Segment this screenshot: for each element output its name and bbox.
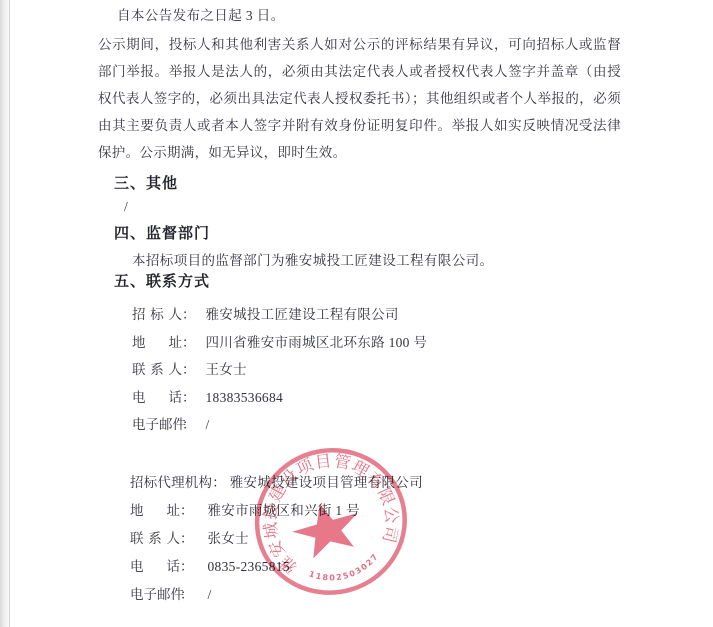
section-heading-supervision: 四、监督部门 [114, 222, 210, 243]
contact-value: 四川省雅安市雨城区北环东路 100 号 [196, 329, 428, 357]
contact-label: 联系人 [130, 525, 180, 553]
contact-row-tenderer: 招标人：雅安城投工匠建设工程有限公司 [132, 301, 427, 329]
contact-row-agency: 招标代理机构：雅安城投建设项目管理有限公司 [130, 469, 423, 497]
label-colon: ： [182, 411, 196, 439]
label-colon: ： [182, 356, 196, 384]
contact-value: / [196, 411, 210, 439]
notice-paragraph: 公示期间，投标人和其他利害关系人如对公示的评标结果有异议，可向招标人或监督部门举… [98, 31, 621, 166]
agency-contact-block: 招标代理机构：雅安城投建设项目管理有限公司 地址：雅安市雨城区和兴街 1 号 联… [130, 469, 423, 609]
scanned-announcement-page: 自本公告发布之日起 3 日。 公示期间，投标人和其他利害关系人如对公示的评标结果… [0, 0, 713, 627]
label-colon: ： [180, 497, 194, 525]
label-colon: ： [180, 581, 194, 609]
contact-value: 张女士 [194, 525, 249, 553]
contact-label: 电子邮件 [130, 581, 180, 609]
contact-label: 招标人 [132, 301, 182, 329]
contact-value: 0835-2365815 [194, 553, 290, 581]
contact-label: 地址 [130, 497, 180, 525]
contact-value: 雅安城投建设项目管理有限公司 [226, 469, 423, 497]
contact-label: 地址 [132, 329, 182, 357]
contact-row-person: 联系人：王女士 [132, 356, 427, 384]
contact-value: 18383536684 [196, 384, 284, 412]
section-heading-other: 三、其他 [114, 172, 178, 193]
contact-row-email: 电子邮件：/ [130, 581, 423, 609]
contact-value: / [194, 581, 212, 609]
label-colon: ： [180, 553, 194, 581]
section-heading-contact: 五、联系方式 [114, 270, 210, 291]
section-other-body: / [124, 199, 128, 215]
label-colon: ： [182, 329, 196, 357]
contact-row-address: 地址：雅安市雨城区和兴街 1 号 [130, 497, 423, 525]
intro-line: 自本公告发布之日起 3 日。 [117, 4, 285, 24]
contact-label: 电话 [132, 384, 182, 412]
label-colon: ： [180, 525, 194, 553]
contact-label: 电子邮件 [132, 411, 182, 439]
contact-value: 雅安城投工匠建设工程有限公司 [196, 301, 399, 329]
contact-row-email: 电子邮件：/ [132, 411, 427, 439]
contact-row-phone: 电话：0835-2365815 [130, 553, 423, 581]
contact-row-address: 地址：四川省雅安市雨城区北环东路 100 号 [132, 329, 427, 357]
label-colon: ： [182, 301, 196, 329]
label-colon: ： [182, 384, 196, 412]
scan-left-edge [0, 0, 10, 627]
contact-row-phone: 电话：18383536684 [132, 384, 427, 412]
contact-label: 电话 [130, 553, 180, 581]
tenderer-contact-block: 招标人：雅安城投工匠建设工程有限公司 地址：四川省雅安市雨城区北环东路 100 … [132, 301, 427, 439]
contact-value: 王女士 [196, 356, 247, 384]
contact-label: 联系人 [132, 356, 182, 384]
contact-value: 雅安市雨城区和兴街 1 号 [194, 497, 360, 525]
contact-label: 招标代理机构 [130, 469, 212, 497]
contact-row-person: 联系人：张女士 [130, 525, 423, 553]
section-supervision-body: 本招标项目的监督部门为雅安城投工匠建设工程有限公司。 [132, 249, 493, 269]
label-colon: ： [212, 469, 226, 497]
